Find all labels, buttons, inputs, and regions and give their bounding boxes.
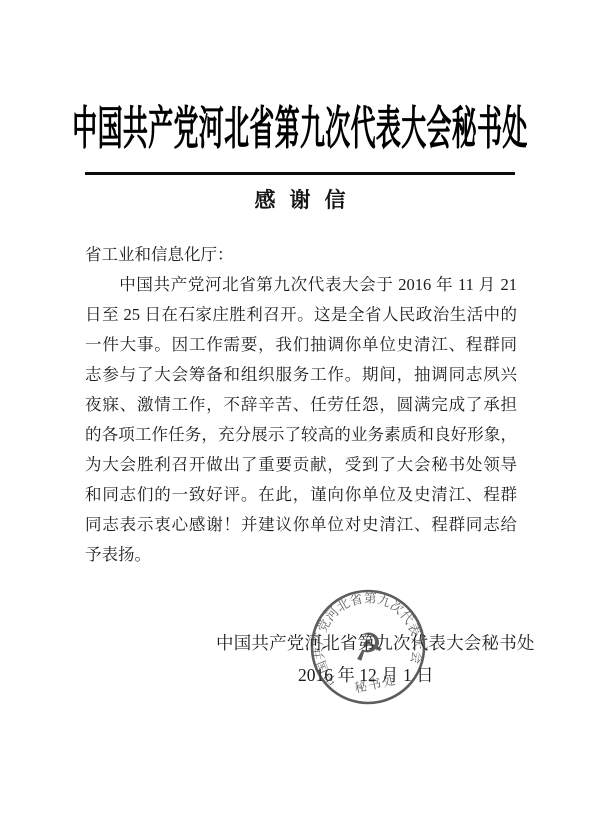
letterhead-title: 中国共产党河北省第九次代表大会秘书处: [0, 107, 600, 153]
seal-bottom-text: 秘书处: [353, 672, 399, 696]
body-line: 志参与了大会筹备和组织服务工作。期间，抽调同志夙兴: [85, 360, 517, 390]
header-rule: [85, 172, 515, 175]
letter-title: 感谢信: [0, 184, 600, 214]
body-line: 和同志们的一致好评。在此，谨向你单位及史清江、程群: [85, 480, 517, 510]
official-seal: 中国共产党河北省第九次代表大会 ☭ 秘书处: [294, 573, 441, 720]
body-line: 一件大事。因工作需要，我们抽调你单位史清江、程群同: [85, 330, 517, 360]
letter-page: 中国共产党河北省第九次代表大会秘书处 感谢信 省工业和信息化厅： 中国共产党河北…: [0, 0, 600, 822]
body-line: 的各项工作任务，充分展示了较高的业务素质和良好形象，: [85, 420, 517, 450]
body-line: 日至 25 日在石家庄胜利召开。这是全省人民政治生活中的: [85, 300, 517, 330]
body-line: 为大会胜利召开做出了重要贡献，受到了大会秘书处领导: [85, 450, 517, 480]
body-line: 夜寐、激情工作，不辞辛苦、任劳任怨，圆满完成了承担: [85, 390, 517, 420]
body-paragraph: 中国共产党河北省第九次代表大会于 2016 年 11 月 21日至 25 日在石…: [85, 270, 517, 570]
body-line: 中国共产党河北省第九次代表大会于 2016 年 11 月 21: [85, 270, 517, 300]
salutation: 省工业和信息化厅：: [85, 240, 517, 270]
hammer-sickle-icon: ☭: [348, 624, 388, 671]
body-line: 予表扬。: [85, 540, 517, 570]
letter-body: 省工业和信息化厅： 中国共产党河北省第九次代表大会于 2016 年 11 月 2…: [85, 240, 517, 570]
body-line: 同志表示衷心感谢！并建议你单位对史清江、程群同志给: [85, 510, 517, 540]
